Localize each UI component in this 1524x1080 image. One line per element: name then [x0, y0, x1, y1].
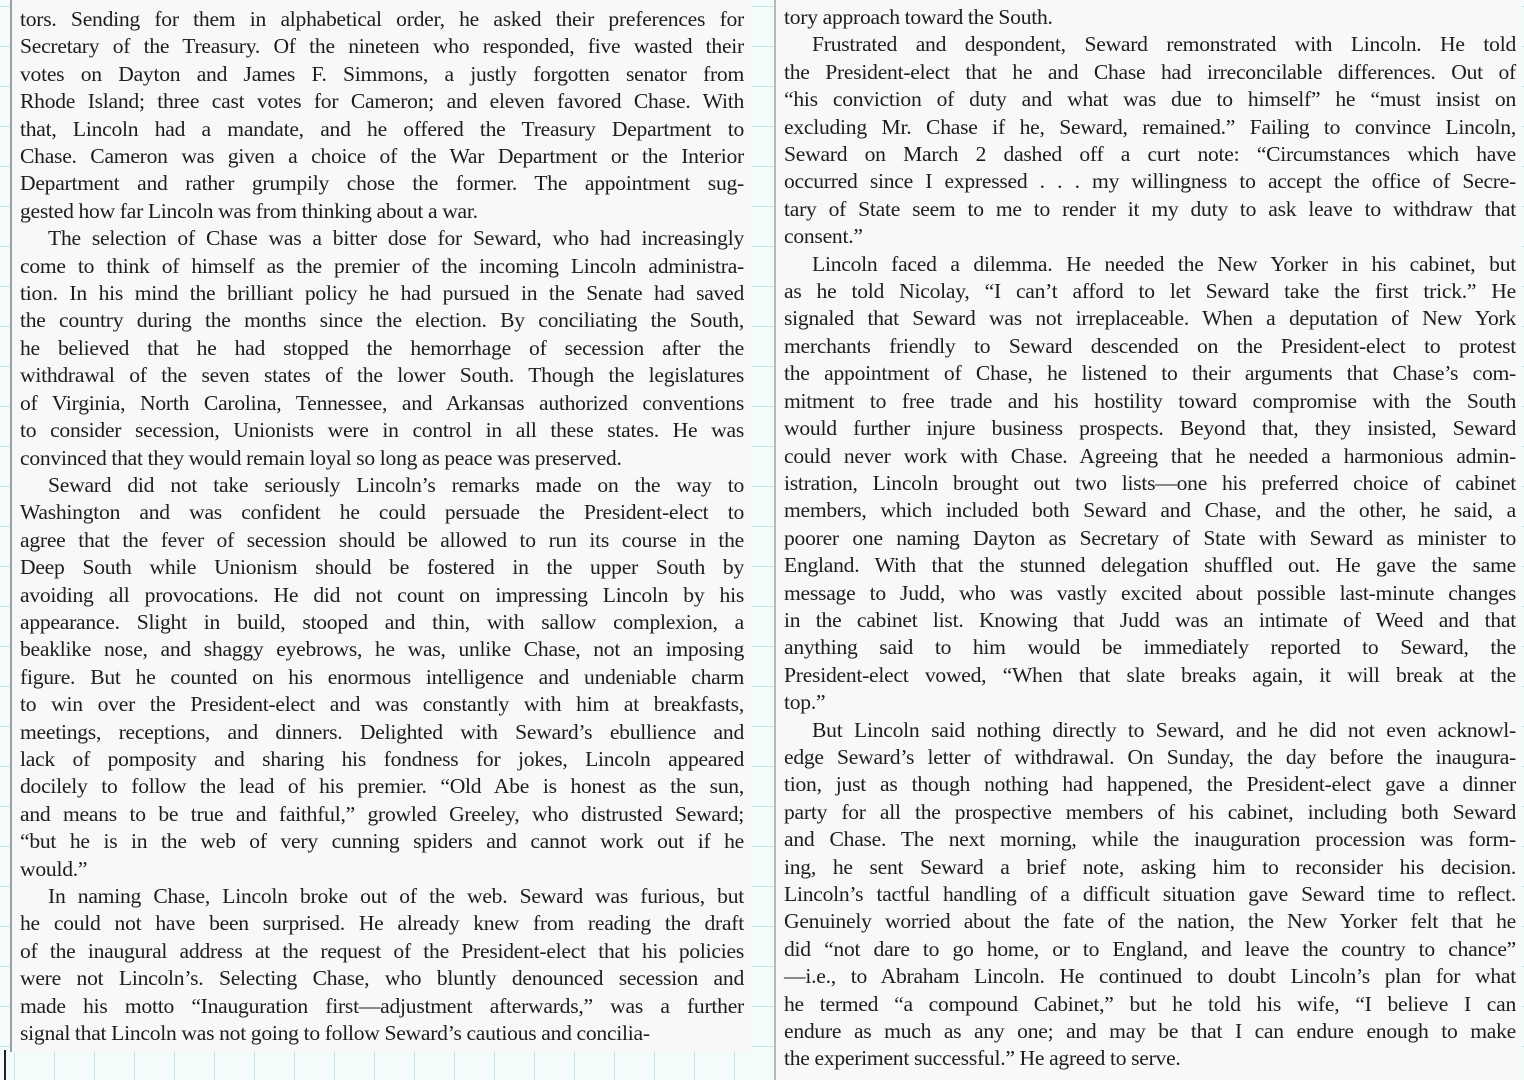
text-line: In naming Chase, Lincoln broke out of th…	[20, 883, 744, 910]
text-line: tary of State seem to me to render it my…	[784, 196, 1516, 223]
text-line: convinced that they would remain loyal s…	[20, 445, 744, 472]
text-line: and means to be true and faithful,” grow…	[20, 801, 744, 828]
page-edge-mark	[4, 1050, 6, 1080]
text-line: Frustrated and despondent, Seward remons…	[784, 31, 1516, 58]
paragraph: Lincoln faced a dilemma. He needed the N…	[784, 251, 1516, 717]
paragraph: tory approach toward the South.	[784, 4, 1516, 31]
text-line: docilely to follow the lead of his premi…	[20, 773, 744, 800]
text-line: would.”	[20, 856, 744, 883]
text-line: Chase. Cameron was given a choice of the…	[20, 143, 744, 170]
text-line: top.”	[784, 689, 1516, 716]
text-line: that, Lincoln had a mandate, and he offe…	[20, 116, 744, 143]
text-line: he believed that he had stopped the hemo…	[20, 335, 744, 362]
text-line: to win over the President-elect and was …	[20, 691, 744, 718]
paragraph: The selection of Chase was a bitter dose…	[20, 225, 744, 472]
text-line: edge Seward’s letter of withdrawal. On S…	[784, 744, 1516, 771]
paragraph: Seward did not take seriously Lincoln’s …	[20, 472, 744, 883]
text-line: ing, he sent Seward a brief note, asking…	[784, 854, 1516, 881]
text-line: anything said to him would be immediatel…	[784, 634, 1516, 661]
text-line: consent.”	[784, 223, 1516, 250]
text-line: meetings, receptions, and dinners. Delig…	[20, 719, 744, 746]
text-line: agree that the fever of secession should…	[20, 527, 744, 554]
text-line: merchants friendly to Seward descended o…	[784, 333, 1516, 360]
text-line: mitment to free trade and his hostility …	[784, 388, 1516, 415]
paragraph: In naming Chase, Lincoln broke out of th…	[20, 883, 744, 1047]
text-line: President-elect vowed, “When that slate …	[784, 662, 1516, 689]
text-line: could never work with Chase. Agreeing th…	[784, 443, 1516, 470]
text-line: beaklike nose, and shaggy eyebrows, he w…	[20, 636, 744, 663]
text-line: votes on Dayton and James F. Simmons, a …	[20, 61, 744, 88]
text-line: as he told Nicolay, “I can’t afford to l…	[784, 278, 1516, 305]
text-line: he could not have been surprised. He alr…	[20, 910, 744, 937]
paragraph: tors. Sending for them in alphabetical o…	[20, 6, 744, 225]
text-line: —i.e., to Abraham Lincoln. He continued …	[784, 963, 1516, 990]
paragraph: Frustrated and despondent, Seward remons…	[784, 31, 1516, 250]
text-line: signaled that Seward was not irreplaceab…	[784, 305, 1516, 332]
left-page-column: tors. Sending for them in alphabetical o…	[10, 0, 752, 1052]
text-line: The selection of Chase was a bitter dose…	[20, 225, 744, 252]
text-line: Lincoln’s tactful handling of a difficul…	[784, 881, 1516, 908]
text-line: But Lincoln said nothing directly to Sew…	[784, 717, 1516, 744]
text-line: tion. In his mind the brilliant policy h…	[20, 280, 744, 307]
text-line: made his motto “Inauguration first—adjus…	[20, 993, 744, 1020]
text-line: message to Judd, who was vastly excited …	[784, 580, 1516, 607]
text-line: the country during the months since the …	[20, 307, 744, 334]
text-line: come to think of himself as the premier …	[20, 253, 744, 280]
text-line: of Virginia, North Carolina, Tennessee, …	[20, 390, 744, 417]
text-line: the appointment of Chase, he listened to…	[784, 360, 1516, 387]
text-line: to consider secession, Unionists were in…	[20, 417, 744, 444]
text-line: figure. But he counted on his enormous i…	[20, 664, 744, 691]
text-line: he termed “a compound Cabinet,” but he t…	[784, 991, 1516, 1018]
text-line: lack of pomposity and sharing his fondne…	[20, 746, 744, 773]
text-line: withdrawal of the seven states of the lo…	[20, 362, 744, 389]
text-line: of the inaugural address at the request …	[20, 938, 744, 965]
text-line: endure as much as any one; and may be th…	[784, 1018, 1516, 1045]
text-line: tion, just as though nothing had happene…	[784, 771, 1516, 798]
text-line: excluding Mr. Chase if he, Seward, remai…	[784, 114, 1516, 141]
text-line: poorer one naming Dayton as Secretary of…	[784, 525, 1516, 552]
text-line: were not Lincoln’s. Selecting Chase, who…	[20, 965, 744, 992]
text-line: Lincoln faced a dilemma. He needed the N…	[784, 251, 1516, 278]
text-line: Genuinely worried about the fate of the …	[784, 908, 1516, 935]
text-line: gested how far Lincoln was from thinking…	[20, 198, 744, 225]
paragraph: But Lincoln said nothing directly to Sew…	[784, 717, 1516, 1073]
text-line: the President-elect that he and Chase ha…	[784, 59, 1516, 86]
text-line: in the cabinet list. Knowing that Judd w…	[784, 607, 1516, 634]
text-line: Secretary of the Treasury. Of the ninete…	[20, 33, 744, 60]
right-page-column: tory approach toward the South.Frustrate…	[774, 0, 1522, 1080]
text-line: tors. Sending for them in alphabetical o…	[20, 6, 744, 33]
text-line: “but he is in the web of very cunning sp…	[20, 828, 744, 855]
text-line: avoiding all provocations. He did not co…	[20, 582, 744, 609]
text-line: and Chase. The next morning, while the i…	[784, 826, 1516, 853]
text-line: Washington and was confident he could pe…	[20, 499, 744, 526]
text-line: members, which included both Seward and …	[784, 497, 1516, 524]
text-line: the experiment successful.” He agreed to…	[784, 1045, 1516, 1072]
text-line: tory approach toward the South.	[784, 4, 1516, 31]
text-line: Seward on March 2 dashed off a curt note…	[784, 141, 1516, 168]
text-line: England. With that the stunned delegatio…	[784, 552, 1516, 579]
text-line: occurred since I expressed . . . my will…	[784, 168, 1516, 195]
text-line: Deep South while Unionism should be fost…	[20, 554, 744, 581]
text-line: would further injure business prospects.…	[784, 415, 1516, 442]
text-line: Rhode Island; three cast votes for Camer…	[20, 88, 744, 115]
text-line: “his conviction of duty and what was due…	[784, 86, 1516, 113]
text-line: did “not dare to go home, or to England,…	[784, 936, 1516, 963]
text-line: Seward did not take seriously Lincoln’s …	[20, 472, 744, 499]
text-line: signal that Lincoln was not going to fol…	[20, 1020, 744, 1047]
text-line: party for all the prospective members of…	[784, 799, 1516, 826]
text-line: istration, Lincoln brought out two lists…	[784, 470, 1516, 497]
text-line: appearance. Slight in build, stooped and…	[20, 609, 744, 636]
text-line: Department and rather grumpily chose the…	[20, 170, 744, 197]
